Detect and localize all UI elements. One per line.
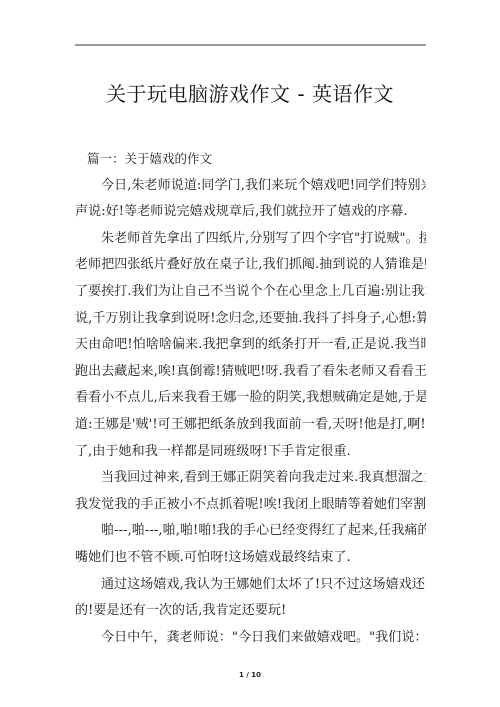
paragraph-line: 说,千万别让我拿到说呀!念归念,还要抽.我抖了抖身子,心想:算了!听 — [75, 306, 426, 333]
paragraph-line: 我发觉我的手正被小不点抓着呢!唉!我闭上眼睛等着她们宰割. — [75, 492, 426, 519]
document-body: 篇一：关于嬉戏的作文 今日,朱老师说道:同学门,我们来玩个嬉戏吧!同学们特别兴奋… — [75, 146, 426, 651]
paragraph-line: 看看小不点儿,后来我看王娜一脸的阴笑,我想贼确定是她,于是我说 — [75, 385, 426, 412]
paragraph-line: 道:王娜是'贼'!可王娜把纸条放到我面前一看,天呀!他是打,啊!太可怕 — [75, 412, 426, 439]
paragraph-line: 朱老师首先拿出了四纸片,分别写了四个字官"打说贼"。接着朱 — [75, 226, 426, 253]
paragraph-line: 老师把四张纸片叠好放在桌子让,我们抓阄.抽到说的人猜谁是贼猜错 — [75, 252, 426, 279]
paragraph-line: 了,由于她和我一样都是同班级呀!下手肯定很重. — [75, 439, 426, 466]
paragraph-line: 天由命吧!怕啥啥偏来.我把拿到的纸条打开一看,正是说.我当时真想 — [75, 332, 426, 359]
paragraph-line: 的!要是还有一次的话,我肯定还要玩! — [75, 598, 426, 625]
paragraph-line: 啪---,啪---,啪,啪!啪!我的手心已经变得红了起来,任我痛的呲牙咧 — [75, 518, 426, 545]
paragraph-line: 当我回过神来,看到王娜正阴笑着向我走过来.我真想溜之大吉,可 — [75, 465, 426, 492]
paragraph-line: 今日中午，龚老师说："今日我们来做嬉戏吧。"我们说："好 — [75, 625, 426, 652]
document-title: 关于玩电脑游戏作文 - 英语作文 — [0, 78, 500, 107]
paragraph-line: 通过这场嬉戏,我认为王娜她们太坏了!只不过这场嬉戏还满好玩 — [75, 572, 426, 599]
paragraph-line: 跑出去藏起来,唉!真倒霉!猜贼吧!呀.我看了看朱老师又看看王娜,又 — [75, 359, 426, 386]
section-heading: 篇一：关于嬉戏的作文 — [75, 146, 426, 173]
paragraph-line: 嘴她们也不管不顾.可怕呀!这场嬉戏最终结束了. — [75, 545, 426, 572]
page-indicator: 1 / 10 — [0, 671, 500, 679]
paragraph-line: 声说:好!等老师说完嬉戏规章后,我们就拉开了嬉戏的序幕. — [75, 199, 426, 226]
paragraph-line: 今日,朱老师说道:同学门,我们来玩个嬉戏吧!同学们特别兴奋,齐 — [75, 173, 426, 200]
paragraph-line: 了要挨打.我们为让自己不当说个个在心里念上几百遍:别让我拿到 — [75, 279, 426, 306]
header-rule — [75, 44, 426, 46]
